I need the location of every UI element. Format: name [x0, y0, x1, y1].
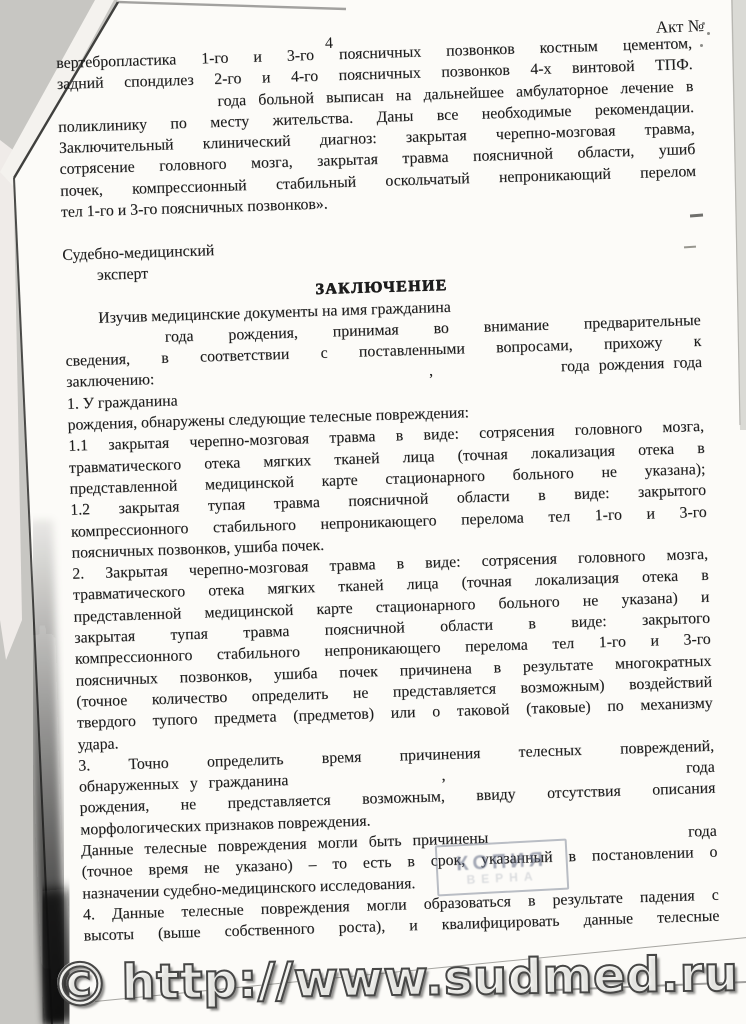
- copy-stamp: КОПИЯ ВЕРНА: [435, 839, 569, 897]
- copy-stamp-subtext: ВЕРНА: [466, 869, 539, 887]
- scanned-document-page: Акт № 4 вертебропластика 1-го и 3-го поя…: [0, 0, 746, 1024]
- scan-noise-dots: [698, 20, 712, 50]
- document-text-block: вертебропластика 1-го и 3-го поясничных …: [56, 35, 720, 949]
- watermark: © http://www.sudmed.ru: [50, 941, 739, 1021]
- copyright-icon: ©: [50, 950, 117, 1021]
- watermark-url: http://www.sudmed.ru: [121, 946, 739, 1011]
